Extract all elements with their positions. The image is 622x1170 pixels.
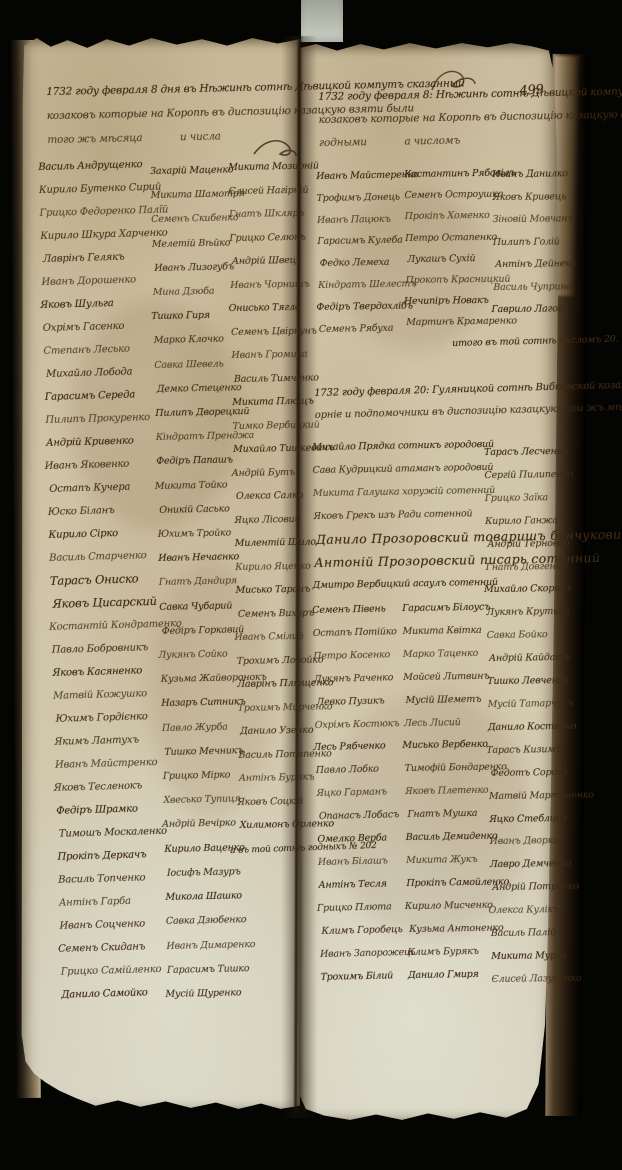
register-entry: Гнатъ Шкляръ (229, 202, 303, 227)
register-entry: Иванъ Майстренко (55, 751, 170, 777)
register-entry: Василь Чуприна (493, 276, 563, 299)
pen-flourish-icon (428, 66, 478, 94)
register-entry: Лавро Демченко (490, 853, 568, 877)
register-entry: Єлисей Лазуренко (491, 968, 569, 992)
register-entry: Опанасъ Лобасъ (319, 804, 407, 829)
register-entry: Кирило Яценко (235, 554, 309, 579)
register-entry: Мусій Шеметъ (405, 688, 487, 712)
register-entry: Мисько Вербенко (402, 734, 484, 758)
register-entry: Грицко Федоренко Палїй (39, 199, 154, 225)
register-entry: Іосифъ Мазуръ (167, 860, 249, 886)
register-entry: Трофимъ Донець (316, 186, 404, 209)
register-entry: Василь Демиденко (406, 826, 488, 850)
register-entry: Иванъ Лизогубъ (154, 255, 236, 281)
register-entry: Лукянъ Раченко (314, 667, 402, 692)
register-entry: Кузьма Жайворонокъ (161, 666, 243, 692)
register-entry: Гарасимъ Тишко (167, 957, 249, 983)
register-entry: Яковъ Грекъ изъ Ради сотенной (313, 502, 488, 528)
register-entry: Трохимъ Мирченко (237, 695, 311, 720)
register-entry: Кирило Мисченко (405, 894, 487, 918)
register-entry: Иванъ Громика (231, 343, 305, 368)
register-entry: Єлисей Нагірній (228, 178, 302, 203)
register-entry: Гнатъ Дандиря (159, 570, 241, 596)
register-entry: Павло Лобко (316, 758, 404, 783)
register-entry: Яцко Стеблина (489, 807, 567, 831)
register-entry: Демко Стеценко (157, 376, 239, 402)
register-entry: Охрімъ Костюкъ (315, 713, 403, 738)
register-entry: Хвесько Тупиця (163, 787, 245, 813)
register-entry: Костантинъ Рябовілъ (404, 163, 492, 185)
register-entry: Семенъ Вихоръ (238, 601, 312, 626)
register-entry: Лукашъ Сухій (407, 248, 495, 270)
register-entry: Прокіпъ Деркачъ (57, 843, 172, 869)
register-entry: Яковъ Плетенко (405, 780, 487, 804)
register-entry: Пилипъ Голій (493, 231, 563, 254)
register-entry: Семенъ Рябуха (319, 317, 407, 340)
register-entry: Тишко Гиря (151, 304, 233, 330)
register-entry: Кирило Бутенко Сирий (39, 176, 154, 202)
register-entry: Дмитро Вербицкий асаулъ сотенний (312, 571, 487, 597)
register-entry: Василь Потапенко (238, 742, 312, 767)
register-entry: Яковъ Касяненко (52, 659, 167, 685)
register-entry: годными а числомъ (319, 128, 529, 155)
right-muster2-column-a: Семенъ ПівеньОстапъ ПотійкоПетро Косенко… (312, 598, 409, 989)
right-muster1-column-2: Костантинъ РябовілъСеменъ ОстроушкоПрокі… (404, 163, 494, 334)
register-entry: Нечипіръ Новакъ (404, 290, 492, 312)
register-entry: Андрій Швець (232, 249, 306, 274)
right-muster2-officers: Михайло Прядка сотникъ городовийСава Куд… (312, 433, 490, 597)
register-entry: Савка Чубарий (159, 594, 241, 620)
right-muster2-header: 1732 году февраля 20: Гуляницкой сотнѣ В… (314, 377, 555, 427)
register-entry: Климъ Горобець (321, 919, 409, 944)
register-entry: Федотъ Сорока (490, 762, 568, 786)
register-entry: Микола Шашко (165, 884, 247, 910)
register-entry: Тимофій Бондаренко (405, 757, 487, 781)
register-entry: Тимошъ Москаленко (59, 820, 174, 846)
register-entry: Микита Квітка (402, 620, 484, 644)
register-entry: Тарасъ Ониско (50, 567, 165, 593)
register-entry: Кіндратъ Шелестъ (318, 273, 406, 296)
register-entry: Иванъ Дорошенко (41, 268, 156, 294)
register-entry: Микита Мурза (491, 945, 569, 969)
register-entry: Андрій Потребко (492, 876, 570, 900)
register-entry: Семенъ Скибенко (151, 207, 233, 233)
register-entry: Мусій Татарчукъ (488, 693, 566, 717)
register-entry: Матвій Мартиненко (489, 784, 567, 808)
register-entry: Данило Костенко (488, 716, 566, 740)
register-entry: Яковъ Соцкій (237, 789, 311, 814)
register-entry: Лесь Рябченко (313, 735, 401, 760)
register-entry: Михайло Лобода (46, 360, 161, 386)
register-entry: Марко Клочко (154, 328, 236, 354)
register-entry: Михайло Прядка сотникъ городовий (312, 433, 487, 459)
register-entry: Иванъ Димаренко (166, 933, 248, 959)
right-muster2-column-c: Тарасъ ЛесченкоСергій ПилипенкоГрицко За… (484, 441, 570, 992)
register-entry: Кіндратъ Пренджа (156, 424, 238, 450)
register-entry: Гнатъ Мушка (407, 803, 489, 827)
register-entry: Грицко Заїка (485, 487, 563, 511)
register-entry: Василь Андрущенко (38, 153, 153, 179)
register-entry: Семенъ Скиданъ (58, 935, 173, 961)
register-entry: Прокіпъ Хоменко (405, 205, 493, 227)
register-entry: Андрій Кривенко (46, 429, 161, 455)
register-entry: Савка Бойко (487, 624, 565, 648)
register-entry: Иванъ Соцченко (59, 912, 174, 938)
register-entry: Василь Старченко (49, 544, 164, 570)
register-entry: Онисько Тягло (228, 296, 302, 321)
register-entry: Мартинъ Крамаренко (406, 311, 494, 333)
register-entry: Пилипъ Прокуренко (45, 406, 160, 432)
register-entry: Мисько Таранъ (235, 578, 309, 603)
register-entry: Мелетій Вѣйко (152, 231, 234, 257)
register-entry: Яцко Гарманъ (316, 781, 404, 806)
register-entry: Андрій Бутъ (231, 460, 305, 485)
register-entry: Омелко Верба (317, 827, 405, 852)
right-muster1-column-1: Иванъ МайстеренкоТрофимъ ДонецьИванъ Пац… (316, 164, 407, 340)
register-entry: Левко Пузикъ (316, 690, 404, 715)
register-entry: Яцко Лісовий (234, 507, 308, 532)
register-entry: Мина Дзюба (153, 279, 235, 305)
register-entry: Мойсей Литвинъ (403, 665, 485, 689)
register-entry: Данило Самойко (61, 980, 176, 1006)
register-entry: Иванъ Смілий (234, 625, 308, 650)
register-entry: Тарасъ Лесченко (484, 441, 562, 465)
register-entry: Лукянъ Крутько (486, 601, 564, 625)
register-entry: Михайло Скорикъ (484, 578, 562, 602)
register-entry: Семенъ Півень (312, 598, 400, 623)
register-entry: Антінъ Гарба (59, 889, 174, 915)
register-entry: Грицко Самійленко (60, 958, 175, 984)
register-entry: Иванъ Чорнишъ (230, 272, 304, 297)
register-entry: Федіръ Твердохлібъ (316, 295, 404, 318)
register-entry: Прокопъ Красницкий (405, 269, 493, 291)
register-entry: Лукянъ Сойко (158, 642, 240, 668)
register-entry: Гарасимъ Середа (44, 383, 159, 409)
register-entry: Лесь Лисий (404, 711, 486, 735)
register-entry: Петро Остапенко (405, 226, 493, 248)
register-entry: Иванъ Запорожець (320, 942, 408, 967)
register-entry: Микита Плющъ (232, 390, 306, 415)
register-entry: Степанъ Лесько (43, 337, 158, 363)
left-register-column-3: Микита МозирнійЄлисей НагірнійГнатъ Шкля… (228, 155, 314, 838)
register-entry: Федіръ Папашъ (156, 449, 238, 475)
register-entry: Оникій Сасько (159, 497, 241, 523)
register-entry: Федко Лемеха (320, 252, 408, 275)
register-entry: Иванъ Яковенко (44, 452, 159, 478)
register-entry: Семенъ Остроушко (404, 184, 492, 206)
register-entry: Хилимонъ Орленко (239, 813, 313, 838)
register-entry: Петро Косенко (313, 644, 401, 669)
register-entry: Зіновій Мовчанъ (492, 208, 562, 231)
register-entry: Гаврило Лагода (491, 298, 561, 321)
register-entry: Яковъ Шульга (40, 291, 155, 317)
register-entry: Сергій Пилипенко (484, 464, 562, 488)
register-entry: Яковъ Кривець (492, 186, 562, 209)
register-entry: Антоній Прозоровский писарь сотенний (314, 548, 489, 574)
register-entry: Иванъ Пацюкъ (317, 208, 405, 231)
register-entry: Тарасъ Кизимъ (486, 739, 564, 763)
register-entry: Федіръ Горкавий (162, 618, 244, 644)
register-entry: Антінъ Бурякъ (239, 766, 313, 791)
register-entry: Грицко Селюкъ (229, 225, 303, 250)
right-muster2-column-b: Гарасимъ БілоусъМикита КвіткаМарко Тацен… (402, 597, 490, 988)
register-entry: Кузьма Антоненко (409, 917, 491, 941)
register-entry: Василь Палій (491, 922, 569, 946)
register-entry: Павло Журба (162, 715, 244, 741)
register-entry: Трохимъ Лобойко (237, 648, 311, 673)
register-entry: Иванъ Майстеренко (316, 164, 404, 187)
register-entry: Микита Мозирній (228, 155, 302, 180)
register-entry: Назаръ Ситникъ (161, 691, 243, 717)
register-entry: Матвій Кожушко (53, 682, 168, 708)
register-entry: Данило Прозоровский товаришъ бунчуковий (316, 525, 491, 551)
register-entry: Охрімъ Гасенко (42, 314, 157, 340)
register-entry: Андрій Вечірко (162, 812, 244, 838)
register-entry: Грицко Плюта (317, 896, 405, 921)
register-entry: Милентій Шило (235, 531, 309, 556)
register-entry: Остапъ Потійко (313, 621, 401, 646)
register-entry: Якимъ Лантухъ (54, 728, 169, 754)
register-entry: Яковъ Тесленокъ (53, 774, 168, 800)
right-muster1-header: 1732 году февраля 8: Нѣжинѣ сотнѣ Дѣвицк… (318, 82, 529, 155)
register-entry: Лаврінъ Гелякъ (43, 245, 158, 271)
folio-number: 499 (519, 82, 544, 99)
register-entry: Данило Узенко (240, 719, 314, 744)
register-entry: Иванъ Данилко (492, 163, 562, 186)
register-entry: Микита Тойко (155, 473, 237, 499)
register-entry: Гарасимъ Білоусъ (402, 597, 484, 621)
register-entry: Мусій Щуренко (165, 981, 247, 1007)
register-entry: Олекса Кулікъ (488, 899, 566, 923)
register-entry: Грицко Мірко (163, 763, 245, 789)
register-entry: Тишко Левченко (487, 670, 565, 694)
manuscript-photo: 1732 году февраля 8 дня въ Нѣжинѣ сотнѣ … (0, 0, 622, 1170)
register-entry: Тишко Мечникъ (164, 739, 246, 765)
register-entry: Трохимъ Білий (320, 964, 408, 989)
register-entry: Иванъ Нечаєнко (158, 545, 240, 571)
register-entry: Михайло Тишкевичъ (233, 437, 307, 462)
register-entry: Андрій Кайдашъ (489, 647, 567, 671)
register-entry: Савка Дзюбенко (166, 908, 248, 934)
register-entry: Савка Шевель (154, 352, 236, 378)
register-entry: Микита Шамотря (151, 182, 233, 208)
register-entry: Остапъ Кучера (49, 475, 164, 501)
register-entry: Гарасимъ Кулеба (317, 230, 405, 253)
register-entry: Прокіпъ Самойленко (406, 872, 488, 896)
register-entry: Федіръ Шрамко (56, 797, 171, 823)
register-entry: Сава Кудрицкий атаманъ городовий (312, 456, 487, 482)
register-entry: Антінъ Дейнека (495, 253, 565, 276)
register-entry: Климъ Бурякъ (407, 940, 489, 964)
register-entry: Антінъ Тесля (318, 873, 406, 898)
register-entry: Лаврінъ Плющенко (237, 672, 311, 697)
right-muster1-column-3: Иванъ ДанилкоЯковъ КривецьЗіновій Мовчан… (492, 163, 564, 321)
register-entry: Василь Топченко (58, 866, 173, 892)
register-entry: Пилипъ Дворецкий (155, 400, 237, 426)
register-entry: Кирило Шкура Харченко (40, 222, 155, 248)
register-entry: Иванъ Дворко (489, 830, 567, 854)
register-entry: Яковъ Цисарский (52, 590, 167, 616)
register-entry: Данило Гмиря (408, 963, 490, 987)
register-entry: Марко Таценко (403, 643, 485, 667)
register-entry: Андрій Терновий (487, 532, 565, 556)
register-entry: Олекса Салко (236, 484, 310, 509)
register-entry: Микита Жукъ (406, 849, 488, 873)
register-entry: Василь Тимченко (234, 366, 308, 391)
register-entry: Павло Бобровникъ (51, 636, 166, 662)
register-entry: Иванъ Білашъ (318, 850, 406, 875)
register-entry: Семенъ Цвіркунъ (231, 319, 305, 344)
register-entry: Кирило Сірко (48, 521, 163, 547)
register-entry: Гнатъ Довгенко (486, 555, 564, 579)
register-entry: Юхимъ Тройко (158, 521, 240, 547)
register-entry: Микита Галушка хоружій сотенний (313, 479, 488, 505)
register-entry: Юхимъ Гордієнко (55, 705, 170, 731)
register-entry: Юско Біланъ (48, 498, 163, 524)
register-entry: Захарій Маценко (150, 158, 232, 184)
register-entry: Костантій Кондратенко (49, 613, 164, 639)
register-entry: Тимко Вербицкий (233, 413, 307, 438)
register-entry: Кирило Ганжа (485, 510, 563, 534)
